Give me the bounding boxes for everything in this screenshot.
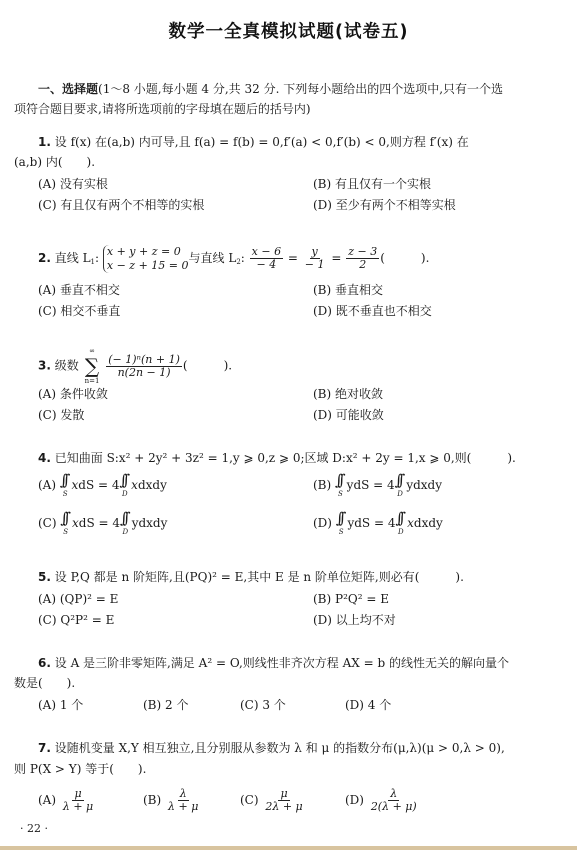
q2-option-b[interactable]: (B) 垂直相交 [313, 282, 383, 298]
denominator: 2(λ + μ) [369, 801, 419, 813]
option-label: (B) [143, 793, 161, 807]
differential: dxdy [414, 516, 443, 530]
question-number: 3. [38, 359, 51, 373]
double-integral-icon: ∫∫S [60, 472, 71, 499]
q3-option-c[interactable]: (C) 发散 [38, 407, 84, 423]
equals: = [288, 251, 298, 265]
sum-symbol: ∞ ∑ n=1 [85, 346, 100, 386]
question-7-stem: 7. 设随机变量 X,Y 相互独立,且分别服从参数为 λ 和 μ 的指数分布(μ… [38, 740, 505, 756]
question-1-stem: 1. 设 f(x) 在(a,b) 内可导,且 f(a) = f(b) = 0,f… [38, 134, 469, 150]
question-number: 6. [38, 656, 51, 670]
q5-option-d[interactable]: (D) 以上均不对 [313, 612, 396, 628]
fraction: y− 1 [303, 246, 327, 271]
q5-text: 设 P,Q 都是 n 阶矩阵,且(PQ)² = E,其中 E 是 n 阶单位矩阵… [55, 570, 464, 584]
option-label: (A) [38, 793, 56, 807]
differential: dxdy [413, 478, 442, 492]
question-1-line2: (a,b) 内( ). [14, 154, 95, 170]
differential: dxdy [138, 516, 167, 530]
fraction: μ2λ + μ [263, 788, 304, 813]
q6-line2: 数是( ). [14, 675, 75, 691]
q1-option-c[interactable]: (C) 有且仅有两个不相等的实根 [38, 197, 204, 213]
numerator: (− 1)ⁿ(n + 1) [106, 354, 182, 367]
fraction: μλ + μ [61, 788, 95, 813]
denominator: 2 [357, 259, 368, 271]
q7-option-a[interactable]: (A) μλ + μ [38, 786, 96, 814]
integral-domain: S [63, 527, 68, 537]
integral-domain: D [398, 527, 404, 537]
q4-text: 已知曲面 S:x² + 2y² + 3z² = 1,y ⩾ 0,z ⩾ 0;区域… [55, 451, 516, 465]
option-label: (D) [313, 516, 332, 530]
integrand: x [72, 516, 79, 530]
q6-option-d[interactable]: (D) 4 个 [345, 697, 391, 713]
integral-sign: ∫∫ [60, 510, 71, 527]
q1-option-d[interactable]: (D) 至少有两个不相等实根 [313, 197, 456, 213]
section-instructions: 一、选择题(1～8 小题,每小题 4 分,共 32 分. 下列每小题给出的四个选… [38, 81, 503, 97]
integral-sign: ∫∫ [120, 472, 131, 489]
option-label: (C) [38, 516, 57, 530]
integral-domain: D [123, 527, 129, 537]
question-number: 7. [38, 741, 51, 755]
page-number: · 22 · [20, 822, 48, 835]
q5-option-b[interactable]: (B) P²Q² = E [313, 591, 389, 607]
double-integral-icon: ∫∫S [60, 510, 71, 537]
colon: : [95, 251, 99, 265]
answer-blank: ( ). [380, 251, 429, 265]
denominator: λ + μ [61, 801, 95, 813]
q2-mid-text: 与直线 L [189, 251, 237, 265]
double-integral-icon: ∫∫D [395, 510, 406, 537]
question-5-stem: 5. 设 P,Q 都是 n 阶矩阵,且(PQ)² = E,其中 E 是 n 阶单… [38, 569, 464, 585]
q7-option-d[interactable]: (D) λ2(λ + μ) [345, 786, 420, 814]
denominator: n(2n − 1) [116, 367, 173, 379]
integral-sign: ∫∫ [395, 472, 406, 489]
integral-domain: S [339, 527, 344, 537]
q3-prefix: 级数 [55, 359, 79, 373]
section-heading: 一、选择题 [38, 82, 98, 96]
q5-option-a[interactable]: (A) (QP)² = E [38, 591, 118, 607]
integrand: x [407, 516, 414, 530]
page-title: 数学一全真模拟试题(试卷五) [0, 18, 577, 43]
q6-option-a[interactable]: (A) 1 个 [38, 697, 83, 713]
question-number: 1. [38, 135, 51, 149]
question-number: 2. [38, 251, 51, 265]
instructions-line1: (1～8 小题,每小题 4 分,共 32 分. 下列每小题给出的四个选项中,只有… [98, 82, 503, 96]
fraction: (− 1)ⁿ(n + 1)n(2n − 1) [106, 354, 182, 379]
differential: dS [79, 516, 95, 530]
equals: = 4 [98, 478, 120, 492]
differential: dS [354, 516, 370, 530]
q4-option-b[interactable]: (B) ∫∫SydS = 4∫∫Dydxdy [313, 472, 442, 499]
q7-line2: 则 P(X > Y) 等于( ). [14, 761, 146, 777]
integrand: x [131, 478, 138, 492]
integral-domain: S [63, 489, 68, 499]
q6-option-b[interactable]: (B) 2 个 [143, 697, 188, 713]
double-integral-icon: ∫∫S [336, 510, 347, 537]
equals: = [331, 251, 341, 265]
equals: = 4 [373, 478, 395, 492]
question-3-stem: 3. 级数 ∞ ∑ n=1 (− 1)ⁿ(n + 1)n(2n − 1)( ). [38, 346, 232, 386]
question-4-stem: 4. 已知曲面 S:x² + 2y² + 3z² = 1,y ⩾ 0,z ⩾ 0… [38, 450, 516, 466]
q7-option-b[interactable]: (B) λλ + μ [143, 786, 201, 814]
q2-prefix: 直线 L [55, 251, 91, 265]
option-label: (D) [345, 793, 364, 807]
q4-option-a[interactable]: (A) ∫∫SxdS = 4∫∫Dxdxdy [38, 472, 167, 499]
double-integral-icon: ∫∫D [120, 472, 131, 499]
instructions-line2: 项符合题目要求,请将所选项前的字母填在题后的括号内) [14, 101, 311, 117]
option-label: (A) [38, 478, 56, 492]
system-eq2: x − z + 15 = 0 [107, 259, 189, 273]
integral-sign: ∫∫ [60, 472, 71, 489]
integral-sign: ∫∫ [335, 472, 346, 489]
denominator: − 1 [303, 259, 327, 271]
q1-option-b[interactable]: (B) 有且仅有一个实根 [313, 176, 431, 192]
denominator: λ + μ [166, 801, 200, 813]
question-2-stem: 2. 直线 L1: x + y + z = 0 x − z + 15 = 0 与… [38, 240, 429, 280]
q2-option-c[interactable]: (C) 相交不垂直 [38, 303, 120, 319]
double-integral-icon: ∫∫D [395, 472, 406, 499]
q4-option-c[interactable]: (C) ∫∫SxdS = 4∫∫Dydxdy [38, 510, 167, 537]
option-label: (B) [313, 478, 331, 492]
q5-option-c[interactable]: (C) Q²P² = E [38, 612, 114, 628]
integral-sign: ∫∫ [395, 510, 406, 527]
question-1-line1: 设 f(x) 在(a,b) 内可导,且 f(a) = f(b) = 0,f′(a… [55, 135, 469, 149]
question-number: 4. [38, 451, 51, 465]
page-edge-band [0, 846, 577, 850]
fraction: z − 32 [346, 246, 379, 271]
question-number: 5. [38, 570, 51, 584]
sum-lower: n=1 [85, 376, 100, 386]
q7-option-c[interactable]: (C) μ2λ + μ [240, 786, 306, 814]
answer-blank: ( ). [183, 359, 232, 373]
option-label: (C) [240, 793, 259, 807]
differential: dS [78, 478, 94, 492]
q6-option-c[interactable]: (C) 3 个 [240, 697, 286, 713]
fraction: λ2(λ + μ) [369, 788, 419, 813]
integral-domain: D [122, 489, 128, 499]
q3-option-a[interactable]: (A) 条件收敛 [38, 386, 108, 402]
integral-sign: ∫∫ [336, 510, 347, 527]
double-integral-icon: ∫∫D [120, 510, 131, 537]
colon: : [241, 251, 245, 265]
denominator: − 4 [255, 259, 279, 271]
double-integral-icon: ∫∫S [335, 472, 346, 499]
q6-line1: 设 A 是三阶非零矩阵,满足 A² = O,则线性非齐次方程 AX = b 的线… [55, 656, 509, 670]
q3-option-b[interactable]: (B) 绝对收敛 [313, 386, 383, 402]
q4-option-d[interactable]: (D) ∫∫SydS = 4∫∫Dxdxdy [313, 510, 443, 537]
differential: dxdy [138, 478, 167, 492]
fraction: x − 6− 4 [250, 246, 283, 271]
question-6-stem: 6. 设 A 是三阶非零矩阵,满足 A² = O,则线性非齐次方程 AX = b… [38, 655, 509, 671]
q2-option-d[interactable]: (D) 既不垂直也不相交 [313, 303, 432, 319]
system-eq1: x + y + z = 0 [107, 245, 189, 259]
equation-system: x + y + z = 0 x − z + 15 = 0 [103, 245, 189, 273]
equals: = 4 [374, 516, 396, 530]
differential: dS [353, 478, 369, 492]
q2-option-a[interactable]: (A) 垂直不相交 [38, 282, 120, 298]
equals: = 4 [99, 516, 121, 530]
q3-option-d[interactable]: (D) 可能收敛 [313, 407, 384, 423]
denominator: 2λ + μ [263, 801, 304, 813]
integral-sign: ∫∫ [120, 510, 131, 527]
integral-domain: S [338, 489, 343, 499]
q7-line1: 设随机变量 X,Y 相互独立,且分别服从参数为 λ 和 μ 的指数分布(μ,λ)… [55, 741, 505, 755]
sigma-icon: ∑ [85, 356, 99, 376]
integral-domain: D [397, 489, 403, 499]
q1-option-a[interactable]: (A) 没有实根 [38, 176, 108, 192]
fraction: λλ + μ [166, 788, 200, 813]
